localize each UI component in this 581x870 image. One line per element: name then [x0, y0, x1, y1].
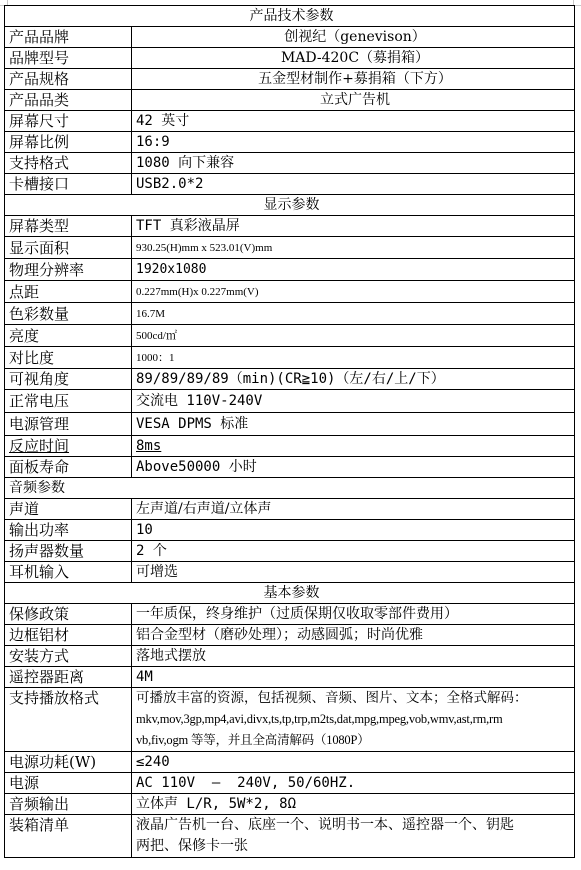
spec-label: 亮度 — [5, 325, 132, 347]
spec-row: 面板寿命 Above50000 小时 — [5, 457, 575, 478]
spec-row: 物理分辨率 1920x1080 — [5, 259, 575, 281]
section-title: 显示参数 — [5, 195, 575, 216]
spec-row-aspect-ratio: 屏幕比例 16:9 — [5, 132, 575, 153]
spec-label: 正常电压 — [5, 390, 132, 413]
spec-label: 对比度 — [5, 347, 132, 369]
spec-label: 支持格式 — [5, 153, 132, 174]
spec-row: 音频输出 立体声 L/R, 5W*2, 8Ω — [5, 794, 575, 815]
spec-label: 可视角度 — [5, 369, 132, 390]
spec-value: 立体声 L/R, 5W*2, 8Ω — [132, 794, 575, 815]
spec-label: 显示面积 — [5, 237, 132, 259]
spec-value: 五金型材制作+募捐箱（下方） — [132, 69, 575, 90]
spec-row: 耳机输入 可增选 — [5, 562, 575, 583]
spec-row: 显示面积 930.25(H)mm x 523.01(V)mm — [5, 237, 575, 259]
spec-label: 耳机输入 — [5, 562, 132, 583]
spec-row: 电源管理 VESA DPMS 标准 — [5, 413, 575, 436]
spec-value-line: 液晶广告机一台、底座一个、说明书一本、遥控器一个、钥匙 — [136, 815, 574, 836]
spec-value: 1000：1 — [132, 347, 575, 369]
spec-value-line: 两把、保修卡一张 — [136, 836, 574, 857]
spec-value: 10 — [132, 520, 575, 541]
spec-row-packing-list: 装箱清单 液晶广告机一台、底座一个、说明书一本、遥控器一个、钥匙 两把、保修卡一… — [5, 815, 575, 858]
spec-row: 遥控器距离 4M — [5, 667, 575, 688]
spec-row-playback-formats: 支持播放格式 可播放丰富的资源，包括视频、音频、图片、文本；全格式解码： mkv… — [5, 688, 575, 752]
spec-row: 电源功耗(W) ≤240 — [5, 752, 575, 773]
spec-value: 1080 向下兼容 — [132, 153, 575, 174]
spec-row: 保修政策 一年质保，终身维护（过质保期仅收取零部件费用） — [5, 604, 575, 625]
spec-value: AC 110V – 240V, 50/60HZ. — [132, 773, 575, 794]
spec-label: 输出功率 — [5, 520, 132, 541]
spec-row-format: 支持格式 1080 向下兼容 — [5, 153, 575, 174]
spec-value: 930.25(H)mm x 523.01(V)mm — [132, 237, 575, 259]
spec-value: 左声道/右声道/立体声 — [132, 499, 575, 520]
spec-value: 创视纪（genevison） — [132, 27, 575, 48]
spec-value: TFT 真彩液晶屏 — [132, 216, 575, 237]
spec-label: 屏幕比例 — [5, 132, 132, 153]
spec-value: 42 英寸 — [132, 111, 575, 132]
spec-row: 点距 0.227mm(H)x 0.227mm(V) — [5, 281, 575, 303]
spec-value: 500cd/㎡ — [132, 325, 575, 347]
spec-label: 电源 — [5, 773, 132, 794]
spec-value: 0.227mm(H)x 0.227mm(V) — [132, 281, 575, 303]
spec-label: 产品规格 — [5, 69, 132, 90]
spec-row-brand: 产品品牌 创视纪（genevison） — [5, 27, 575, 48]
spec-row: 电源 AC 110V – 240V, 50/60HZ. — [5, 773, 575, 794]
spec-row-card-slot: 卡槽接口 USB2.0*2 — [5, 174, 575, 195]
spec-label: 电源功耗(W) — [5, 752, 132, 773]
spec-value: 液晶广告机一台、底座一个、说明书一本、遥控器一个、钥匙 两把、保修卡一张 — [132, 815, 575, 858]
spec-row: 对比度 1000：1 — [5, 347, 575, 369]
spec-row: 声道 左声道/右声道/立体声 — [5, 499, 575, 520]
spec-value: 可播放丰富的资源，包括视频、音频、图片、文本；全格式解码： mkv,mov,3g… — [132, 688, 575, 752]
spec-row-category: 产品品类 立式广告机 — [5, 90, 575, 111]
spec-label: 遥控器距离 — [5, 667, 132, 688]
spec-value-line: mkv,mov,3gp,mp4,avi,divx,ts,tp,trp,m2ts,… — [136, 709, 574, 730]
spec-value: 16:9 — [132, 132, 575, 153]
spec-row: 屏幕类型 TFT 真彩液晶屏 — [5, 216, 575, 237]
spec-label: 物理分辨率 — [5, 259, 132, 281]
spec-value: 2 个 — [132, 541, 575, 562]
spec-row: 边框铝材 铝合金型材（磨砂处理）；动感圆弧；时尚优雅 — [5, 625, 575, 646]
spec-value: 落地式摆放 — [132, 646, 575, 667]
spec-label: 品牌型号 — [5, 48, 132, 69]
spec-label: 面板寿命 — [5, 457, 132, 478]
spec-label: 电源管理 — [5, 413, 132, 436]
spec-row: 色彩数量 16.7M — [5, 303, 575, 325]
spec-row-spec: 产品规格 五金型材制作+募捐箱（下方） — [5, 69, 575, 90]
product-spec-table: 产品技术参数 产品品牌 创视纪（genevison） 品牌型号 MAD-420C… — [4, 5, 575, 858]
spec-row-model: 品牌型号 MAD-420C（募捐箱） — [5, 48, 575, 69]
spec-value: 一年质保，终身维护（过质保期仅收取零部件费用） — [132, 604, 575, 625]
spec-value: 8ms — [132, 436, 575, 457]
spec-value: 铝合金型材（磨砂处理）；动感圆弧；时尚优雅 — [132, 625, 575, 646]
spec-row: 扬声器数量 2 个 — [5, 541, 575, 562]
spec-row: 正常电压 交流电 110V-240V — [5, 390, 575, 413]
spec-value: USB2.0*2 — [132, 174, 575, 195]
spec-value-line: 可播放丰富的资源，包括视频、音频、图片、文本；全格式解码： — [136, 688, 574, 709]
spec-row: 可视角度 89/89/89/89（min)(CR≧10)（左/右/上/下） — [5, 369, 575, 390]
spec-label: 屏幕类型 — [5, 216, 132, 237]
spec-value: 1920x1080 — [132, 259, 575, 281]
title-row: 产品技术参数 — [5, 6, 575, 27]
spec-value: MAD-420C（募捐箱） — [132, 48, 575, 69]
spec-value: 4M — [132, 667, 575, 688]
section-title: 基本参数 — [5, 583, 575, 604]
spec-row: 亮度 500cd/㎡ — [5, 325, 575, 347]
spec-label: 卡槽接口 — [5, 174, 132, 195]
spec-value: 交流电 110V-240V — [132, 390, 575, 413]
spec-value: 89/89/89/89（min)(CR≧10)（左/右/上/下） — [132, 369, 575, 390]
section-header-display: 显示参数 — [5, 195, 575, 216]
spec-value: ≤240 — [132, 752, 575, 773]
table-title: 产品技术参数 — [5, 6, 575, 27]
spec-value: 可增选 — [132, 562, 575, 583]
spec-label: 保修政策 — [5, 604, 132, 625]
spec-row: 安装方式 落地式摆放 — [5, 646, 575, 667]
spec-value: 16.7M — [132, 303, 575, 325]
spec-label: 边框铝材 — [5, 625, 132, 646]
spec-label: 产品品牌 — [5, 27, 132, 48]
spec-value: VESA DPMS 标准 — [132, 413, 575, 436]
spec-value: Above50000 小时 — [132, 457, 575, 478]
spec-label: 屏幕尺寸 — [5, 111, 132, 132]
spec-label: 音频输出 — [5, 794, 132, 815]
spec-label: 装箱清单 — [5, 815, 132, 858]
section-header-audio: 音频参数 — [5, 478, 575, 499]
spec-row: 反应时间 8ms — [5, 436, 575, 457]
spec-value-line: vb,fiv,ogm 等等，并且全高清解码（1080P） — [136, 730, 574, 751]
spec-label: 产品品类 — [5, 90, 132, 111]
section-title: 音频参数 — [5, 478, 575, 499]
spec-row-screen-size: 屏幕尺寸 42 英寸 — [5, 111, 575, 132]
section-header-basic: 基本参数 — [5, 583, 575, 604]
spec-label: 扬声器数量 — [5, 541, 132, 562]
spec-label: 声道 — [5, 499, 132, 520]
spec-label: 支持播放格式 — [5, 688, 132, 752]
spec-label: 点距 — [5, 281, 132, 303]
spec-label: 反应时间 — [5, 436, 132, 457]
spec-value: 立式广告机 — [132, 90, 575, 111]
spec-row: 输出功率 10 — [5, 520, 575, 541]
spec-label: 安装方式 — [5, 646, 132, 667]
spec-label: 色彩数量 — [5, 303, 132, 325]
